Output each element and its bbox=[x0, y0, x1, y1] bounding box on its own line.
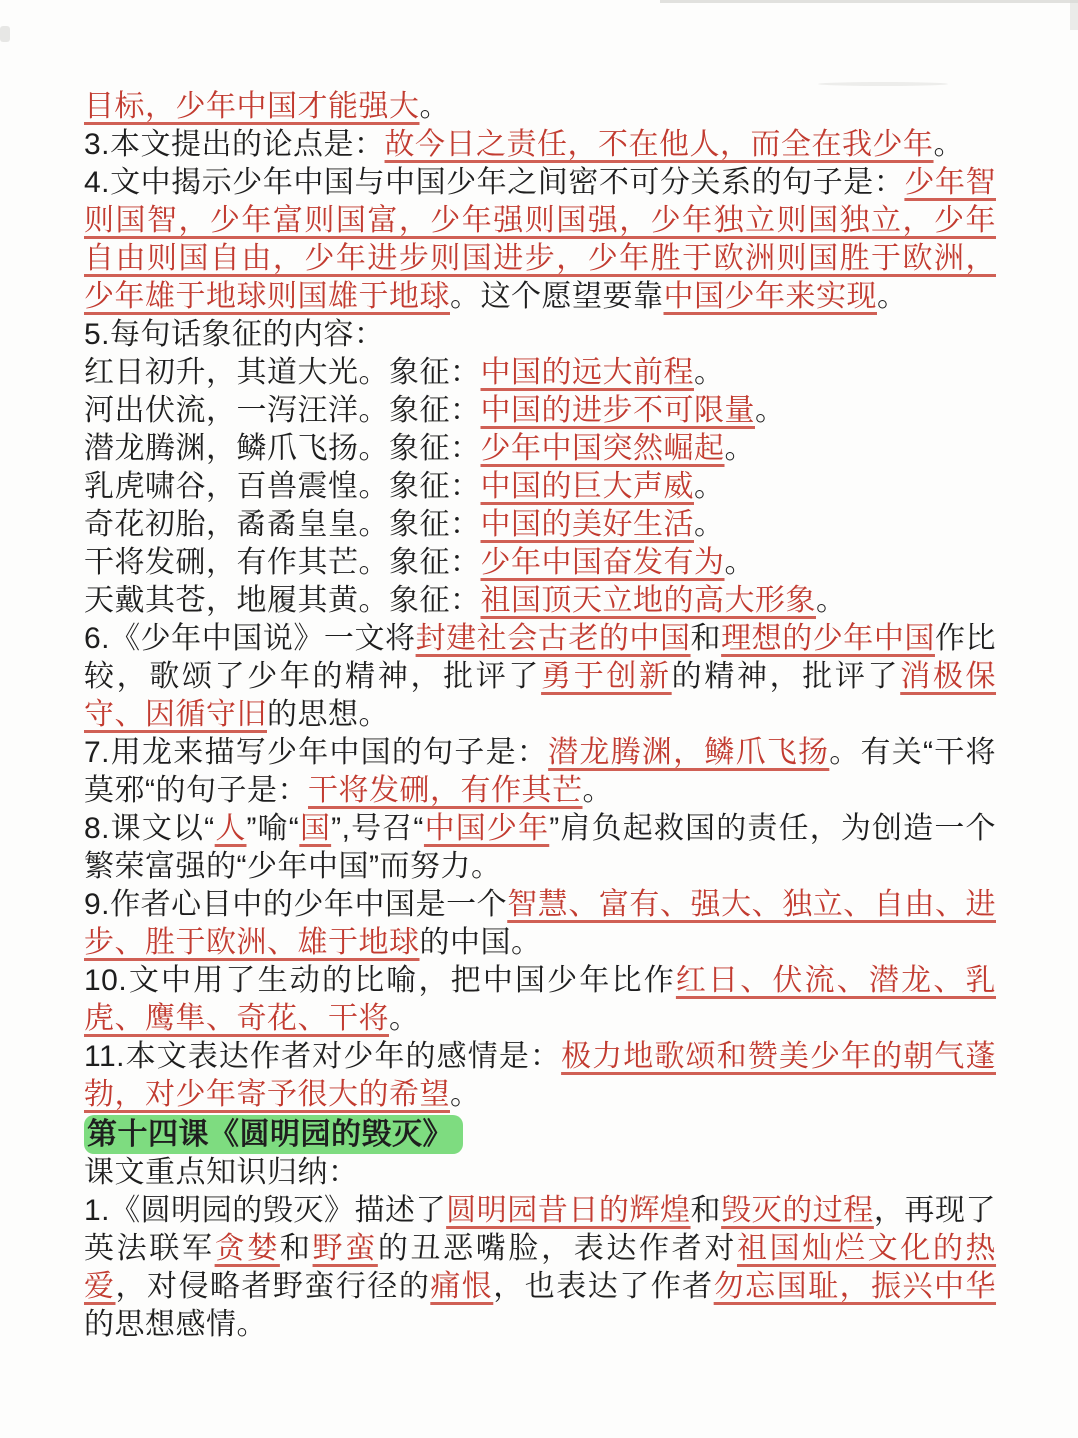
item-6: 6.《少年中国说》一文将封建社会古老的中国和理想的少年中国作比较，歌颂了少年的精… bbox=[84, 620, 996, 734]
body-text: 和 bbox=[691, 1194, 722, 1227]
answer-text: 少年中国奋发有为 bbox=[481, 546, 725, 579]
symbol-line-3: 潜龙腾渊，鳞爪飞扬。象征：少年中国突然崛起。 bbox=[84, 430, 996, 468]
answer-text: 中国的远大前程 bbox=[481, 356, 695, 389]
body-text: 。这个愿望要靠 bbox=[450, 280, 664, 313]
answer-text: 人 bbox=[215, 812, 247, 845]
body-text: 。 bbox=[816, 584, 847, 617]
answer-text: 理想的少年中国 bbox=[721, 622, 935, 655]
answer-text: 毁灭的过程 bbox=[721, 1194, 874, 1227]
lesson-14-item-1: 1.《圆明园的毁灭》描述了圆明园昔日的辉煌和毁灭的过程，再现了英法联军贪婪和野蛮… bbox=[84, 1192, 996, 1344]
body-text: 。 bbox=[725, 432, 756, 465]
answer-text: 国 bbox=[299, 812, 331, 845]
answer-text: 中国少年 bbox=[424, 812, 549, 845]
item-10: 10.文中用了生动的比喻，把中国少年比作红日、伏流、潜龙、乳虎、鹰隼、奇花、干将… bbox=[84, 962, 996, 1038]
symbol-line-5: 奇花初胎，矞矞皇皇。象征：中国的美好生活。 bbox=[84, 506, 996, 544]
item-3: 3.本文提出的论点是：故今日之责任，不在他人，而全在我少年。 bbox=[84, 126, 996, 164]
body-text: ，也表达了作者 bbox=[493, 1270, 713, 1303]
body-text: 。 bbox=[389, 1002, 420, 1035]
document-body: 目标，少年中国才能强大。3.本文提出的论点是：故今日之责任，不在他人，而全在我少… bbox=[0, 0, 1078, 1438]
body-text: 天戴其苍，地履其黄。象征： bbox=[84, 584, 481, 617]
answer-text: 干将发硎，有作其芒 bbox=[308, 774, 583, 807]
answer-text: 中国的巨大声威 bbox=[481, 470, 695, 503]
answer-text: 目标，少年中国才能强大 bbox=[84, 90, 420, 123]
answer-text: 中国少年来实现 bbox=[664, 280, 878, 313]
symbol-line-6: 干将发硎，有作其芒。象征：少年中国奋发有为。 bbox=[84, 544, 996, 582]
body-text: 河出伏流，一泻汪洋。象征： bbox=[84, 394, 481, 427]
answer-text: 少年中国突然崛起 bbox=[481, 432, 725, 465]
symbol-line-1: 红日初升，其道大光。象征：中国的远大前程。 bbox=[84, 354, 996, 392]
lesson-14-heading: 第十四课《圆明园的毁灭》 bbox=[84, 1116, 996, 1154]
body-text: ，对侵略者野蛮行径的 bbox=[115, 1270, 430, 1303]
body-text: 和 bbox=[280, 1232, 313, 1265]
symbol-line-7: 天戴其苍，地履其黄。象征：祖国顶天立地的高大形象。 bbox=[84, 582, 996, 620]
symbol-line-4: 乳虎啸谷，百兽震惶。象征：中国的巨大声威。 bbox=[84, 468, 996, 506]
body-text: 。 bbox=[725, 546, 756, 579]
answer-text: 封建社会古老的中国 bbox=[416, 622, 691, 655]
body-text: 干将发硎，有作其芒。象征： bbox=[84, 546, 481, 579]
body-text: 。 bbox=[694, 470, 725, 503]
body-text: 11.本文表达作者对少年的感情是： bbox=[84, 1040, 561, 1073]
answer-text: 野蛮 bbox=[313, 1232, 378, 1265]
body-text: 的思想。 bbox=[267, 698, 389, 731]
body-text: 1.《圆明园的毁灭》描述了 bbox=[84, 1194, 446, 1227]
body-text: 。 bbox=[934, 128, 965, 161]
body-text: 4.文中揭示少年中国与中国少年之间密不可分关系的句子是： bbox=[84, 166, 904, 199]
body-text: 。 bbox=[877, 280, 908, 313]
answer-2-continuation: 目标，少年中国才能强大。 bbox=[84, 88, 996, 126]
body-text: 6.《少年中国说》一文将 bbox=[84, 622, 416, 655]
item-9: 9.作者心目中的少年中国是一个智慧、富有、强大、独立、自由、进步、胜于欧洲、雄于… bbox=[84, 886, 996, 962]
answer-text: 圆明园昔日的辉煌 bbox=[446, 1194, 690, 1227]
body-text: 课文重点知识归纳： bbox=[84, 1156, 359, 1189]
answer-text: 勿忘国耻，振兴中华 bbox=[714, 1270, 996, 1303]
body-text: 和 bbox=[691, 622, 722, 655]
body-text: 奇花初胎，矞矞皇皇。象征： bbox=[84, 508, 481, 541]
body-text: 。 bbox=[755, 394, 786, 427]
body-text: 3.本文提出的论点是： bbox=[84, 128, 385, 161]
answer-text: 故今日之责任，不在他人，而全在我少年 bbox=[385, 128, 934, 161]
body-text: 的思想感情。 bbox=[84, 1308, 267, 1341]
answer-text: 中国的进步不可限量 bbox=[481, 394, 756, 427]
body-text: 5.每句话象征的内容： bbox=[84, 318, 385, 351]
answer-text: 祖国顶天立地的高大形象 bbox=[481, 584, 817, 617]
lesson-title-highlight: 第十四课《圆明园的毁灭》 bbox=[84, 1115, 463, 1154]
body-text: 9.作者心目中的少年中国是一个 bbox=[84, 888, 507, 921]
answer-text: 勇于创新 bbox=[541, 660, 672, 693]
item-5: 5.每句话象征的内容： bbox=[84, 316, 996, 354]
body-text: 的精神，批评了 bbox=[672, 660, 901, 693]
body-text: 红日初升，其道大光。象征： bbox=[84, 356, 481, 389]
body-text: 的中国。 bbox=[420, 926, 542, 959]
item-8: 8.课文以“人”喻“国”,号召“中国少年”肩负起救国的责任，为创造一个繁荣富强的… bbox=[84, 810, 996, 886]
body-text: 。 bbox=[583, 774, 614, 807]
body-text: 乳虎啸谷，百兽震惶。象征： bbox=[84, 470, 481, 503]
body-text: 8.课文以“ bbox=[84, 812, 215, 845]
body-text: 的丑恶嘴脸，表达作者对 bbox=[378, 1232, 737, 1265]
body-text: 。 bbox=[694, 356, 725, 389]
answer-text: 贪婪 bbox=[215, 1232, 280, 1265]
symbol-line-2: 河出伏流，一泻汪洋。象征：中国的进步不可限量。 bbox=[84, 392, 996, 430]
body-text: 。 bbox=[694, 508, 725, 541]
body-text: 7.用龙来描写少年中国的句子是： bbox=[84, 736, 548, 769]
body-text: ”喻“ bbox=[246, 812, 299, 845]
body-text: 。 bbox=[420, 90, 451, 123]
answer-text: 潜龙腾渊，鳞爪飞扬 bbox=[548, 736, 829, 769]
body-text: ”,号召“ bbox=[331, 812, 424, 845]
body-text: 。 bbox=[450, 1078, 481, 1111]
lesson-14-subtitle: 课文重点知识归纳： bbox=[84, 1154, 996, 1192]
answer-text: 痛恨 bbox=[430, 1270, 493, 1303]
answer-text: 中国的美好生活 bbox=[481, 508, 695, 541]
body-text: 潜龙腾渊，鳞爪飞扬。象征： bbox=[84, 432, 481, 465]
item-11: 11.本文表达作者对少年的感情是：极力地歌颂和赞美少年的朝气蓬勃，对少年寄予很大… bbox=[84, 1038, 996, 1114]
item-7: 7.用龙来描写少年中国的句子是：潜龙腾渊，鳞爪飞扬。有关“干将莫邪“的句子是：干… bbox=[84, 734, 996, 810]
item-4: 4.文中揭示少年中国与中国少年之间密不可分关系的句子是：少年智则国智，少年富则国… bbox=[84, 164, 996, 316]
body-text: 10.文中用了生动的比喻，把中国少年比作 bbox=[84, 964, 676, 997]
